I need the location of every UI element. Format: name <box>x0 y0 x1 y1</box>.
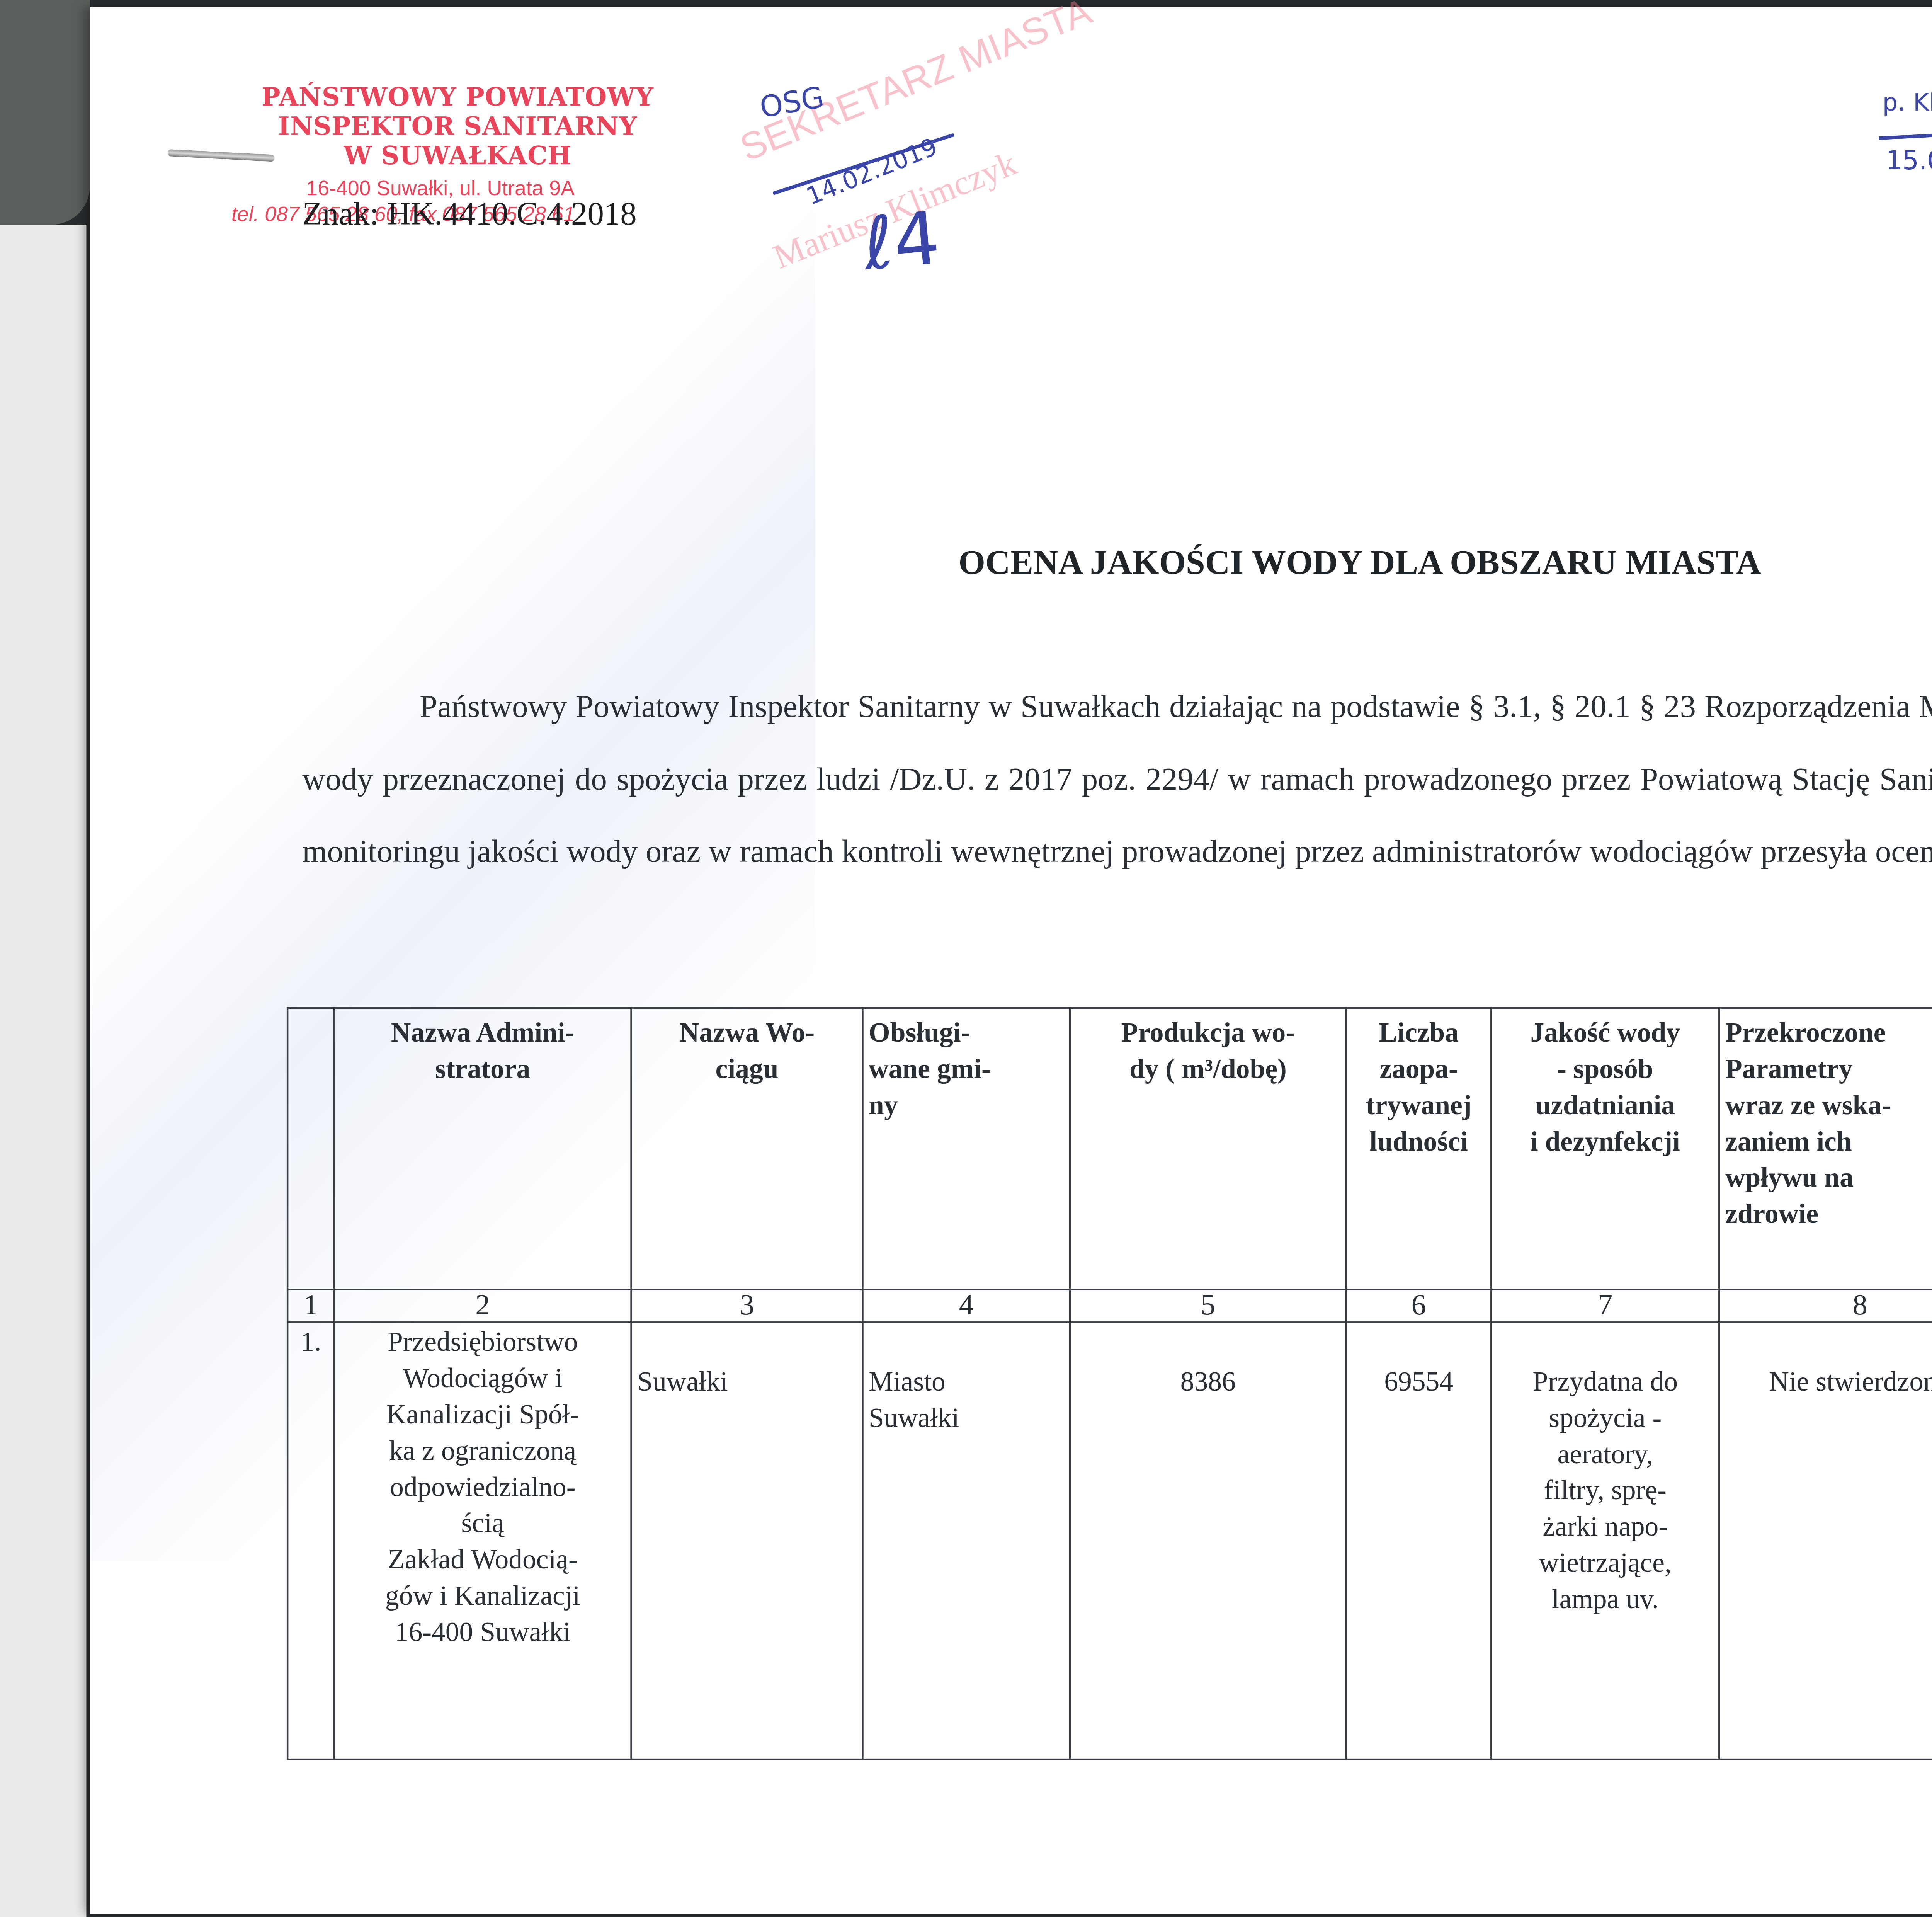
sender-stamp-line: INSPEKTOR SANITARNY <box>207 112 708 142</box>
handwritten-signature-left: ℓ4 <box>860 196 943 286</box>
water-quality-table: Nazwa Admini- stratora Nazwa Wo- ciągu O… <box>287 1007 1932 1760</box>
header-cell: Przekroczone Parametry wraz ze wska- zan… <box>1719 1008 1932 1290</box>
table-header-row: Nazwa Admini- stratora Nazwa Wo- ciągu O… <box>287 1008 1932 1290</box>
column-number: 7 <box>1491 1289 1719 1322</box>
handwritten-date-right: 15.02.2019 <box>1886 145 1932 176</box>
header-cell: Jakość wody - sposób uzdatniania i dezyn… <box>1491 1008 1719 1290</box>
header-cell: Produkcja wo- dy ( m³/dobę) <box>1070 1008 1346 1290</box>
cell-population: 69554 <box>1346 1322 1491 1759</box>
sender-stamp-line: W SUWAŁKACH <box>207 141 708 171</box>
header-cell: Liczba zaopa- trywanej ludności <box>1346 1008 1491 1290</box>
cell-administrator: Przedsiębiorstwo Wodociągów i Kanalizacj… <box>334 1322 631 1759</box>
sender-stamp-line: PAŃSTWOWY POWIATOWY <box>207 83 708 112</box>
body-paragraph: Państwowy Powiatowy Inspektor Sanitarny … <box>302 672 1932 890</box>
column-number: 3 <box>631 1289 863 1322</box>
scanner-edge-light <box>0 225 86 1917</box>
cell-lp: 1. <box>287 1322 334 1759</box>
header-cell <box>287 1008 334 1290</box>
column-number: 5 <box>1070 1289 1346 1322</box>
column-number: 6 <box>1346 1289 1491 1322</box>
table-row: 1. Przedsiębiorstwo Wodociągów i Kanaliz… <box>287 1322 1932 1759</box>
document-title: OCENA JAKOŚCI WODY DLA OBSZARU MIASTA <box>959 544 1761 584</box>
cell-quality-treatment: Przydatna do spożycia - aeratory, filtry… <box>1491 1322 1719 1759</box>
sender-stamp-org: PAŃSTWOWY POWIATOWY INSPEKTOR SANITARNY … <box>207 83 708 171</box>
column-number: 1 <box>287 1289 334 1322</box>
header-cell: Obsługi- wane gmi- ny <box>862 1008 1070 1290</box>
column-number: 4 <box>862 1289 1070 1322</box>
header-cell: Nazwa Wo- ciągu <box>631 1008 863 1290</box>
cell-waterworks: Suwałki <box>631 1322 863 1759</box>
handwritten-note-right: p. Klimczyk <box>1883 90 1932 117</box>
column-number: 8 <box>1719 1289 1932 1322</box>
column-number: 2 <box>334 1289 631 1322</box>
column-number-row: 1 2 3 4 5 6 7 8 9 <box>287 1289 1932 1322</box>
reference-number: Znak: HK.4410.C.4.2018 <box>302 197 637 235</box>
header-cell: Nazwa Admini- stratora <box>334 1008 631 1290</box>
scanned-document: PAŃSTWOWY POWIATOWY INSPEKTOR SANITARNY … <box>0 0 1932 1917</box>
scanner-edge <box>0 0 90 225</box>
cell-exceeded-parameters: Nie stwierdzono <box>1719 1322 1932 1759</box>
cell-municipalities: Miasto Suwałki <box>862 1322 1070 1759</box>
cell-production: 8386 <box>1070 1322 1346 1759</box>
